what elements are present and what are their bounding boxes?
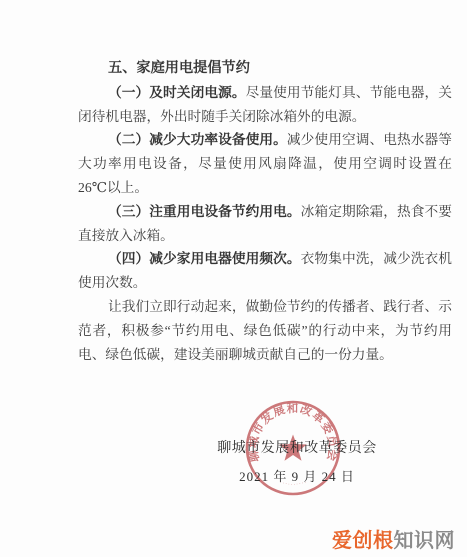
issuer-name: 聊城市发展和改革委员会 bbox=[167, 437, 427, 457]
paragraph-1: （一）及时关闭电源。尽量使用节能灯具、节能电器，关闭待机电器，外出时随手关闭除冰… bbox=[78, 81, 452, 129]
document-text-block: 五、家庭用电提倡节约 （一）及时关闭电源。尽量使用节能灯具、节能电器，关闭待机电… bbox=[78, 57, 452, 366]
watermark-brand: 爱创根 bbox=[332, 530, 394, 552]
paragraph-4: （四）减少家用电器使用频次。衣物集中洗，减少洗衣机使用次数。 bbox=[78, 247, 452, 295]
paragraph-1-lead: （一）及时关闭电源。 bbox=[108, 85, 246, 100]
section-heading: 五、家庭用电提倡节约 bbox=[78, 57, 452, 81]
watermark-suffix: 知识网 bbox=[394, 530, 456, 552]
signature-block: 聊城市发展和改革委员会 2021 年 9 月 24 日 bbox=[167, 437, 427, 485]
paragraph-3-lead: （三）注重用电设备节约用电。 bbox=[108, 204, 301, 219]
paragraph-5-text: 让我们立即行动起来，做勤俭节约的传播者、践行者、示范者，积极参“节约用电、绿色低… bbox=[78, 299, 452, 362]
site-watermark: 爱创根知识网 bbox=[332, 524, 455, 553]
paragraph-3: （三）注重用电设备节约用电。冰箱定期除霜，热食不要直接放入冰箱。 bbox=[78, 200, 452, 248]
paragraph-4-lead: （四）减少家用电器使用频次。 bbox=[108, 251, 301, 266]
paragraph-2: （二）减少大功率设备使用。减少使用空调、电热水器等大功率用电设备，尽量使用风扇降… bbox=[78, 128, 452, 199]
paragraph-5: 让我们立即行动起来，做勤俭节约的传播者、践行者、示范者，积极参“节约用电、绿色低… bbox=[78, 295, 452, 366]
paragraph-2-lead: （二）减少大功率设备使用。 bbox=[108, 132, 287, 147]
issue-date: 2021 年 9 月 24 日 bbox=[167, 466, 427, 485]
document-page: 五、家庭用电提倡节约 （一）及时关闭电源。尽量使用节能灯具、节能电器，关闭待机电… bbox=[0, 0, 467, 557]
